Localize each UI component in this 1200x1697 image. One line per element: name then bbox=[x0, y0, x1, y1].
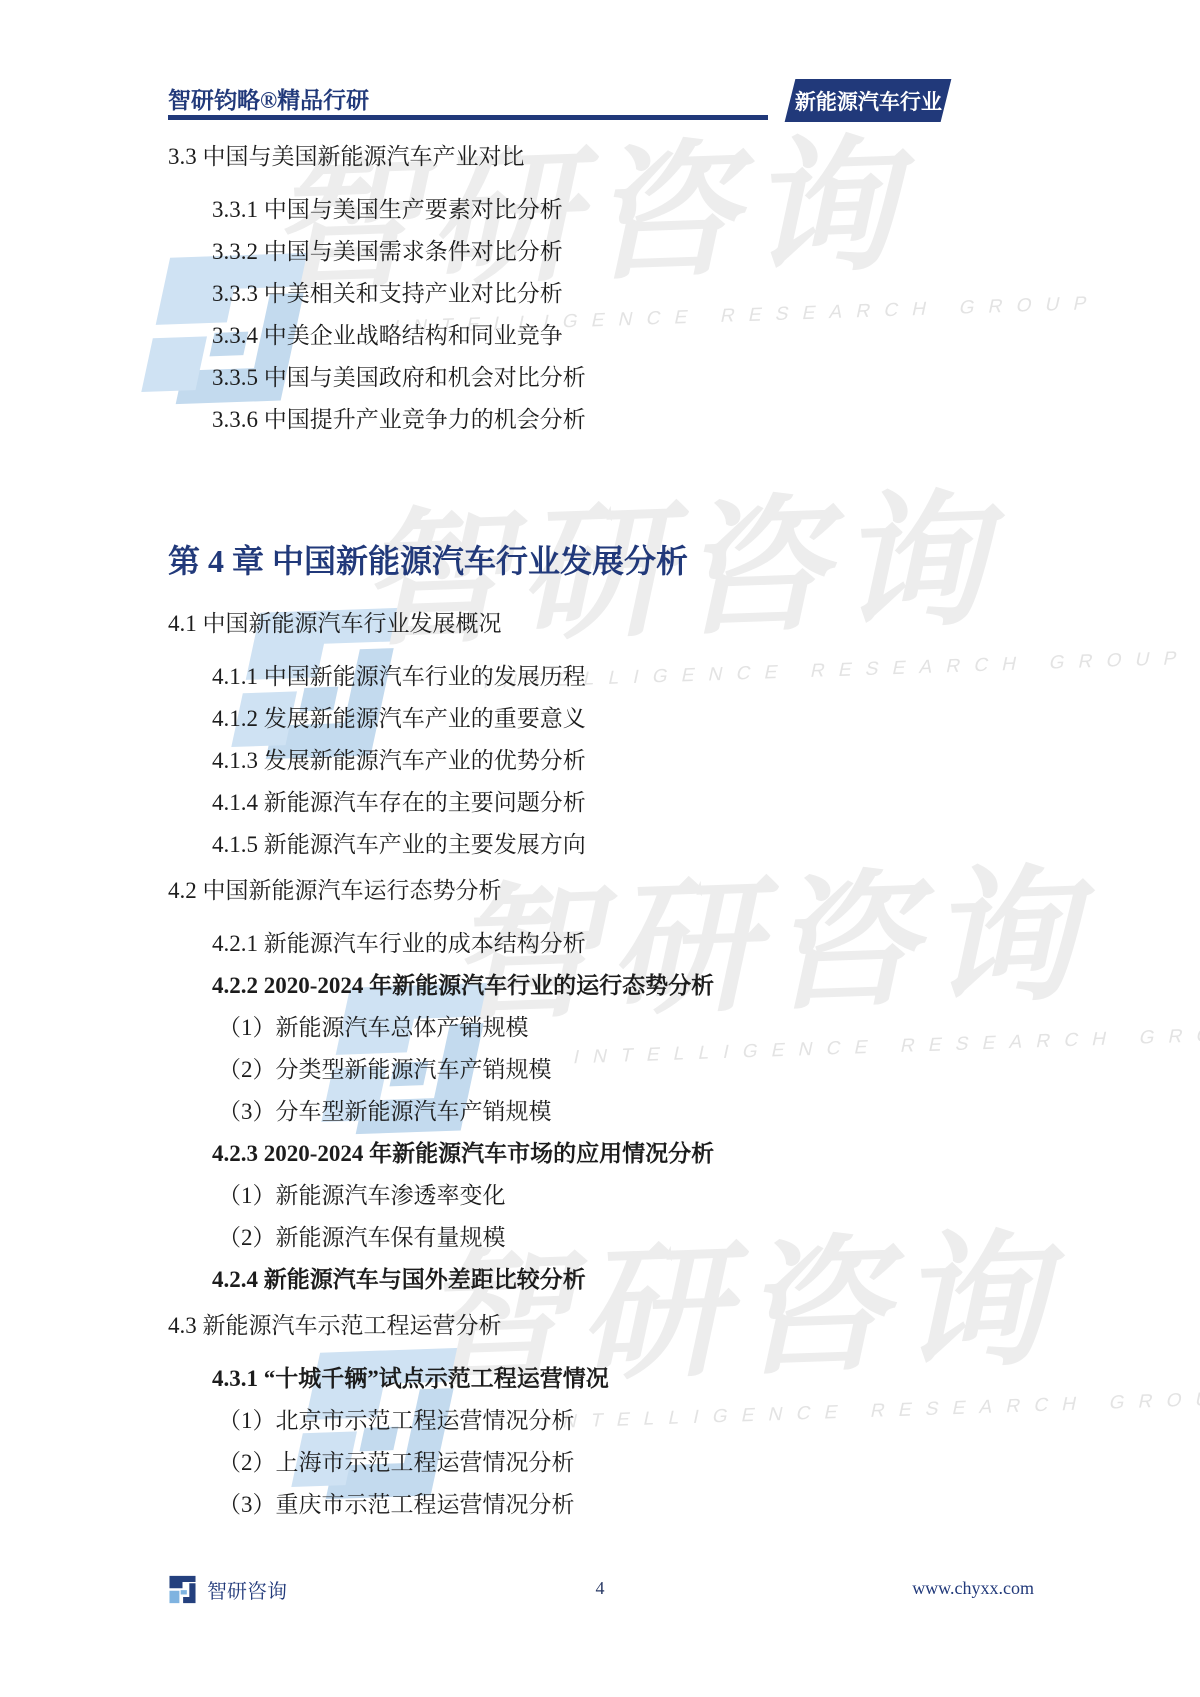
toc-item: （3）重庆市示范工程运营情况分析 bbox=[218, 1493, 1098, 1517]
footer: 智研咨询 4 www.chyxx.com bbox=[0, 1572, 1200, 1616]
chapter-heading: 第 4 章 中国新能源汽车行业发展分析 bbox=[168, 544, 1098, 578]
toc-item: 3.3.4 中美企业战略结构和同业竞争 bbox=[212, 324, 1098, 348]
toc-item: 4.3 新能源汽车示范工程运营分析 bbox=[168, 1314, 1098, 1338]
toc-item: 4.1 中国新能源汽车行业发展概况 bbox=[168, 612, 1098, 636]
toc: 3.3 中国与美国新能源汽车产业对比3.3.1 中国与美国生产要素对比分析3.3… bbox=[168, 0, 1098, 1517]
toc-item: 4.2.1 新能源汽车行业的成本结构分析 bbox=[212, 932, 1098, 956]
toc-item: 3.3.6 中国提升产业竞争力的机会分析 bbox=[212, 408, 1098, 432]
toc-item: 4.1.2 发展新能源汽车产业的重要意义 bbox=[212, 707, 1098, 731]
footer-website: www.chyxx.com bbox=[912, 1578, 1034, 1599]
toc-item: 4.1.1 中国新能源汽车行业的发展历程 bbox=[212, 665, 1098, 689]
toc-item: （1）新能源汽车渗透率变化 bbox=[218, 1184, 1098, 1208]
toc-item: 4.2.2 2020-2024 年新能源汽车行业的运行态势分析 bbox=[212, 974, 1098, 998]
toc-item: 3.3.2 中国与美国需求条件对比分析 bbox=[212, 240, 1098, 264]
toc-item: （3）分车型新能源汽车产销规模 bbox=[218, 1100, 1098, 1124]
toc-item: 4.1.3 发展新能源汽车产业的优势分析 bbox=[212, 749, 1098, 773]
toc-item: 4.1.4 新能源汽车存在的主要问题分析 bbox=[212, 791, 1098, 815]
header-brand: 智研钧略®精品行研 bbox=[168, 82, 369, 115]
toc-item: 3.3 中国与美国新能源汽车产业对比 bbox=[168, 145, 1098, 169]
toc-item: 4.1.5 新能源汽车产业的主要发展方向 bbox=[212, 833, 1098, 857]
toc-item: （1）新能源汽车总体产销规模 bbox=[218, 1016, 1098, 1040]
industry-badge: 新能源汽车行业 bbox=[785, 79, 952, 122]
toc-item: （2）新能源汽车保有量规模 bbox=[218, 1226, 1098, 1250]
toc-item: 3.3.3 中美相关和支持产业对比分析 bbox=[212, 282, 1098, 306]
industry-badge-label: 新能源汽车行业 bbox=[795, 86, 942, 116]
toc-item: 4.2.4 新能源汽车与国外差距比较分析 bbox=[212, 1268, 1098, 1292]
toc-item: （2）分类型新能源汽车产销规模 bbox=[218, 1058, 1098, 1082]
toc-item: 4.3.1 “十城千辆”试点示范工程运营情况 bbox=[212, 1367, 1098, 1391]
toc-item: （1）北京市示范工程运营情况分析 bbox=[218, 1409, 1098, 1433]
toc-item: 4.2 中国新能源汽车运行态势分析 bbox=[168, 879, 1098, 903]
toc-item: 3.3.1 中国与美国生产要素对比分析 bbox=[212, 198, 1098, 222]
toc-item: （2）上海市示范工程运营情况分析 bbox=[218, 1451, 1098, 1475]
toc-item: 3.3.5 中国与美国政府和机会对比分析 bbox=[212, 366, 1098, 390]
report-page: 智研咨询 INTELLIGENCE RESEARCH GROUP 智研咨询 IN… bbox=[0, 0, 1200, 1697]
toc-item: 4.2.3 2020-2024 年新能源汽车市场的应用情况分析 bbox=[212, 1142, 1098, 1166]
header-rule bbox=[168, 115, 768, 120]
